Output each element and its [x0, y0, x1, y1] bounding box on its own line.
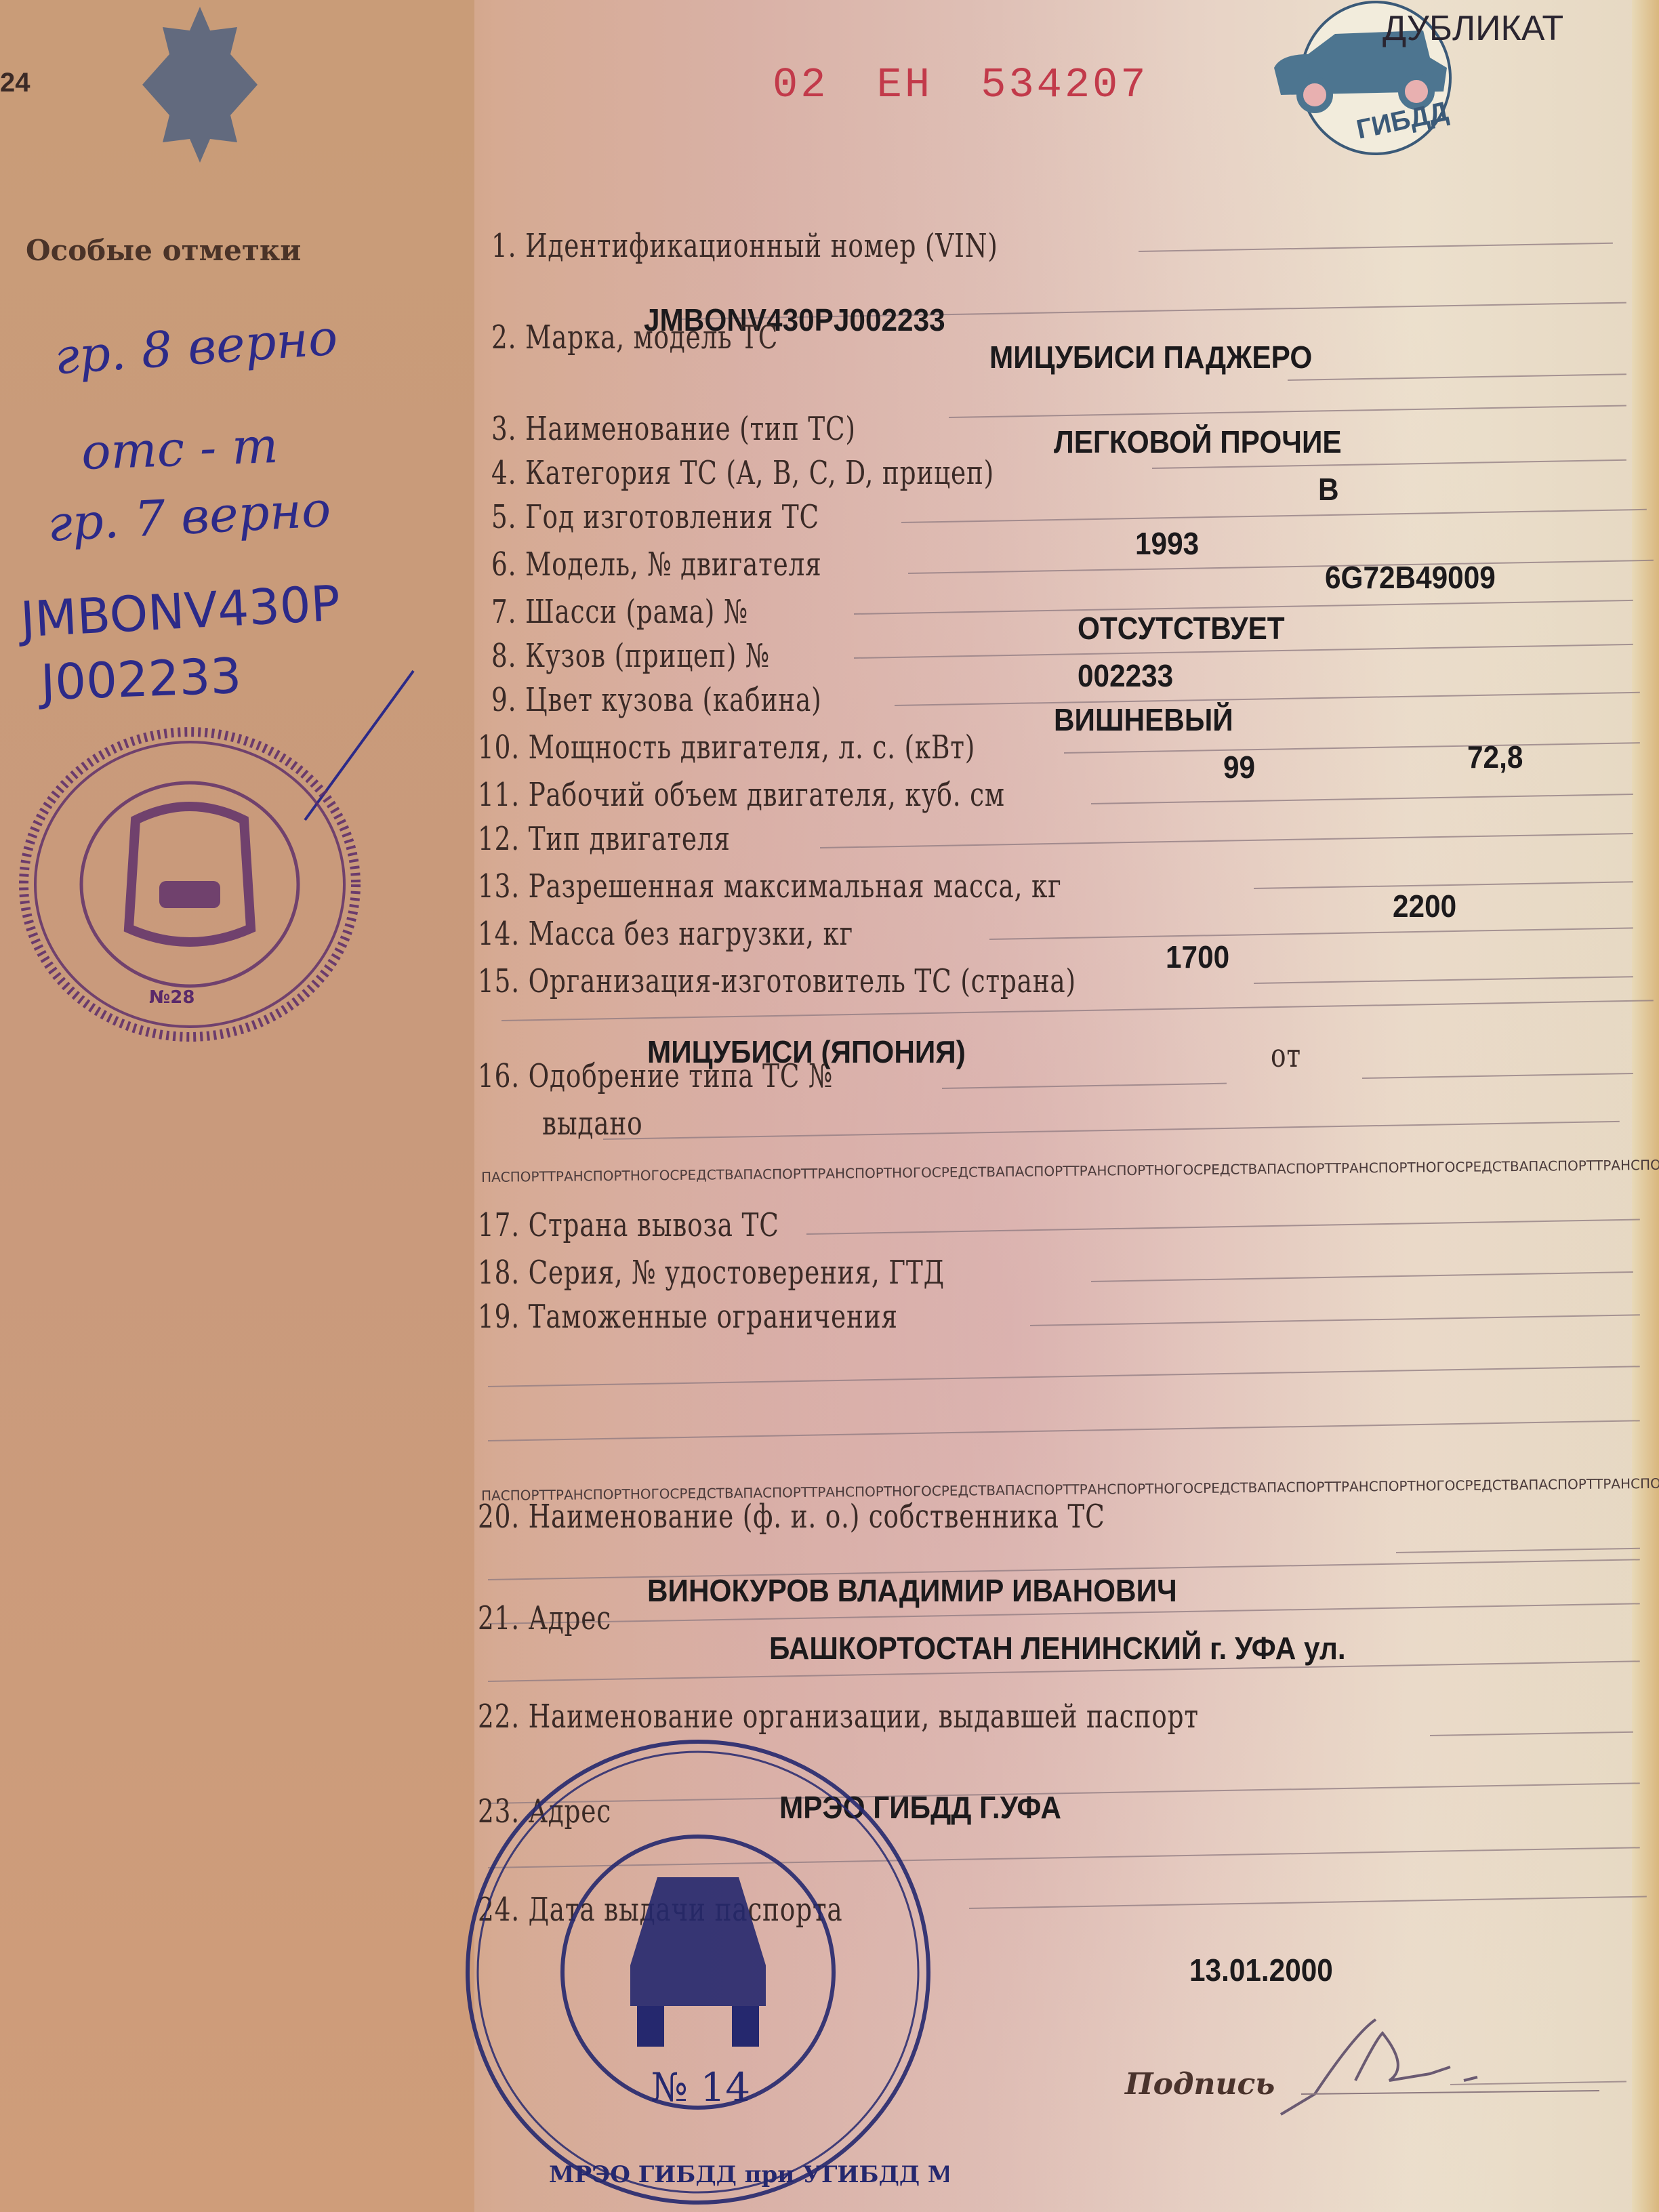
duplicate-mark: ДУБЛИКАТ [1382, 8, 1563, 49]
field-label: 11. Рабочий объем двигателя, куб. см [478, 776, 1005, 814]
field-label: 7. Шасси (рама) № [491, 593, 748, 631]
field-value: ЛЕГКОВОЙ ПРОЧИЕ [1054, 424, 1342, 460]
star-emblem-icon [142, 7, 258, 163]
field-value: 1700 [1166, 939, 1229, 975]
field-value: 1993 [1135, 525, 1199, 562]
signature-icon [1274, 1992, 1613, 2128]
field-label: 3. Наименование (тип ТС) [491, 410, 856, 448]
field-label: 16. Одобрение типа ТС №от [478, 1057, 833, 1095]
field-value: B [1318, 471, 1339, 508]
field-label: 5. Год изготовления ТС [491, 498, 819, 536]
field-value: 13.01.2000 [1189, 1952, 1333, 1988]
field-label: 21. Адрес [478, 1599, 611, 1637]
field-label: 10. Мощность двигателя, л. с. (кВт) [478, 729, 975, 766]
field-value: МИЦУБИСИ ПАДЖЕРО [989, 339, 1312, 375]
page-edge [1632, 0, 1659, 2212]
field-value-secondary: 72,8 [1467, 739, 1523, 775]
handwritten-vin-part-2: J002233 [40, 647, 243, 711]
field-suffix: от [1271, 1037, 1301, 1075]
field-value: ОТСУТСТВУЕТ [1078, 610, 1285, 647]
field-label: 15. Организация-изготовитель ТС (страна) [478, 962, 1076, 1000]
field-label: 2. Марка, модель ТС [491, 319, 778, 356]
left-official-stamp-icon: №28 [14, 725, 366, 1044]
field-label: 4. Категория ТС (A, B, C, D, прицеп) [491, 454, 994, 492]
field-value: БАШКОРТОСТАН ЛЕНИНСКИЙ г. УФА ул. [769, 1630, 1346, 1666]
field-label: 14. Масса без нагрузки, кг [478, 915, 853, 953]
page-number: 24 [0, 68, 30, 98]
field-label: 9. Цвет кузова (кабина) [491, 681, 821, 719]
field-value: ВИНОКУРОВ ВЛАДИМИР ИВАНОВИЧ [647, 1572, 1177, 1609]
signature-label: Подпись [1125, 2067, 1275, 2102]
field-value: 99 [1223, 749, 1255, 785]
field-value: 002233 [1078, 657, 1173, 694]
field-value: 2200 [1393, 888, 1456, 924]
svg-text:№ 14: № 14 [651, 2064, 750, 2110]
field-label: 13. Разрешенная максимальная масса, кг [478, 867, 1062, 905]
passport-series-number: 02 ЕН 534207 [773, 61, 1148, 109]
right-official-stamp-icon: № 14 МРЭО ГИБДД при УГИБДД МВД РБ [447, 1721, 949, 2209]
field-value: ВИШНЕВЫЙ [1054, 701, 1233, 738]
special-notes-title: Особые отметки [26, 234, 301, 267]
field-label: 19. Таможенные ограничения [478, 1298, 898, 1336]
field-label: 8. Кузов (прицеп) № [491, 637, 770, 675]
field-label: 1. Идентификационный номер (VIN) [491, 227, 998, 265]
field-label: 20. Наименование (ф. и. о.) собственника… [478, 1498, 1105, 1536]
handwritten-note-2: отс - т [81, 417, 279, 480]
field-value: 6G72B49009 [1325, 559, 1496, 596]
field-label: выдано [542, 1105, 642, 1143]
field-label: 12. Тип двигателя [478, 820, 731, 858]
field-label: 6. Модель, № двигателя [491, 546, 821, 583]
svg-text:№28: №28 [149, 987, 194, 1008]
field-label: 17. Страна вывоза ТС [478, 1206, 779, 1244]
svg-text:МРЭО ГИБДД при УГИБДД МВД РБ: МРЭО ГИБДД при УГИБДД МВД РБ [549, 2161, 949, 2188]
field-label: 18. Серия, № удостоверения, ГТД [478, 1254, 945, 1292]
